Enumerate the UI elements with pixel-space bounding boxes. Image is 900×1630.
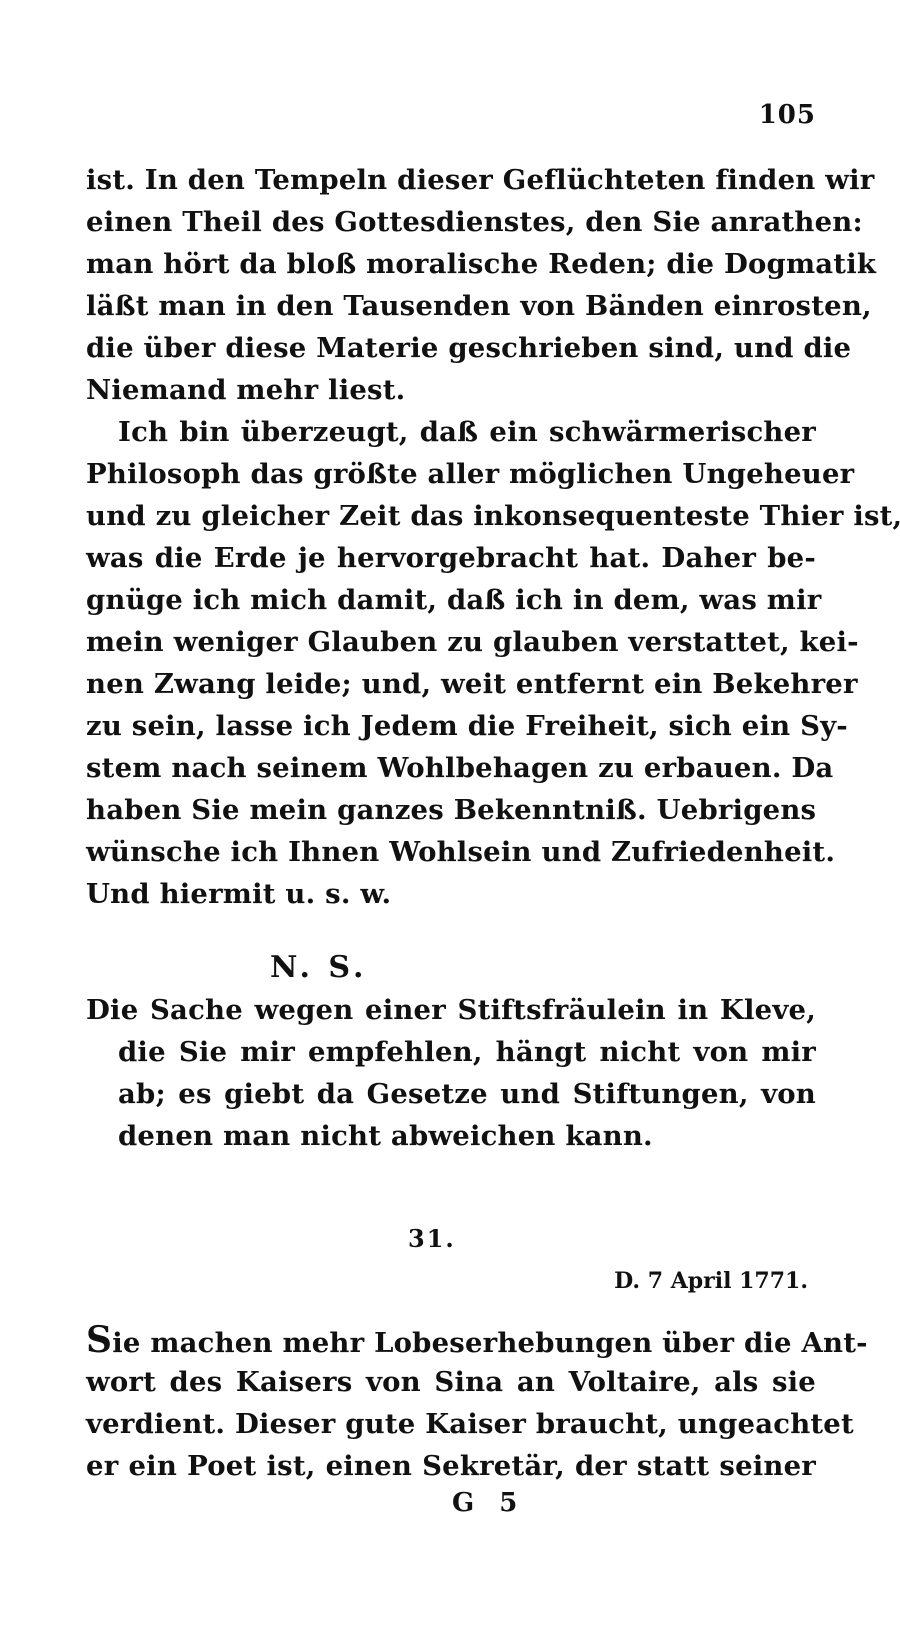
letter-first-line: Sie machen mehr Lobeserhebungen über die… [86,1320,816,1363]
text-line: und zu gleicher Zeit das inkonsequentest… [86,496,816,536]
initial-letter: S [86,1319,112,1361]
postscript-line: ab; es giebt da Gesetze und Stiftungen, … [118,1074,816,1114]
text-line: ist. In den Tempeln dieser Geflüchteten … [86,160,816,200]
postscript-line: die Sie mir empfehlen, hängt nicht von m… [118,1032,816,1072]
letter-first-line-text: ie machen mehr Lobeserhebungen über die … [112,1327,868,1359]
signature-mark: G 5 [452,1488,525,1518]
text-line: zu sein, lasse ich Jedem die Freiheit, s… [86,706,816,746]
postscript-line: Die Sache wegen einer Stiftsfräulein in … [86,990,816,1030]
text-line: nen Zwang leide; und, weit entfernt ein … [86,664,816,704]
text-line: wünsche ich Ihnen Wohlsein und Zufrieden… [86,832,816,872]
paragraph-start-line: Ich bin überzeugt, daß ein schwärmerisch… [118,412,816,452]
text-line: verdient. Dieser gute Kaiser braucht, un… [86,1404,816,1444]
page-number: 105 [759,100,816,130]
text-line: einen Theil des Gottesdienstes, den Sie … [86,202,816,242]
text-line: läßt man in den Tausenden von Bänden ein… [86,286,816,326]
postscript-line: denen man nicht abweichen kann. [118,1116,816,1156]
text-line: stem nach seinem Wohlbehagen zu erbauen.… [86,748,816,788]
text-line: was die Erde je hervorgebracht hat. Dahe… [86,538,816,578]
text-line: wort des Kaisers von Sina an Voltaire, a… [86,1362,816,1402]
text-line: die über diese Materie geschrieben sind,… [86,328,816,368]
text-line: Niemand mehr liest. [86,370,816,410]
book-page: 105 ist. In den Tempeln dieser Geflüchte… [0,0,900,1630]
text-line: er ein Poet ist, einen Sekretär, der sta… [86,1446,816,1486]
letter-number: 31. [408,1224,456,1253]
postscript-heading: N. S. [270,950,367,985]
text-line: haben Sie mein ganzes Bekenntniß. Uebrig… [86,790,816,830]
text-line: Und hiermit u. s. w. [86,874,816,914]
text-line: man hört da bloß moralische Reden; die D… [86,244,816,284]
text-line: gnüge ich mich damit, daß ich in dem, wa… [86,580,816,620]
letter-date: D. 7 April 1771. [614,1268,808,1294]
text-line: mein weniger Glauben zu glauben verstatt… [86,622,816,662]
text-line: Philosoph das größte aller möglichen Ung… [86,454,816,494]
